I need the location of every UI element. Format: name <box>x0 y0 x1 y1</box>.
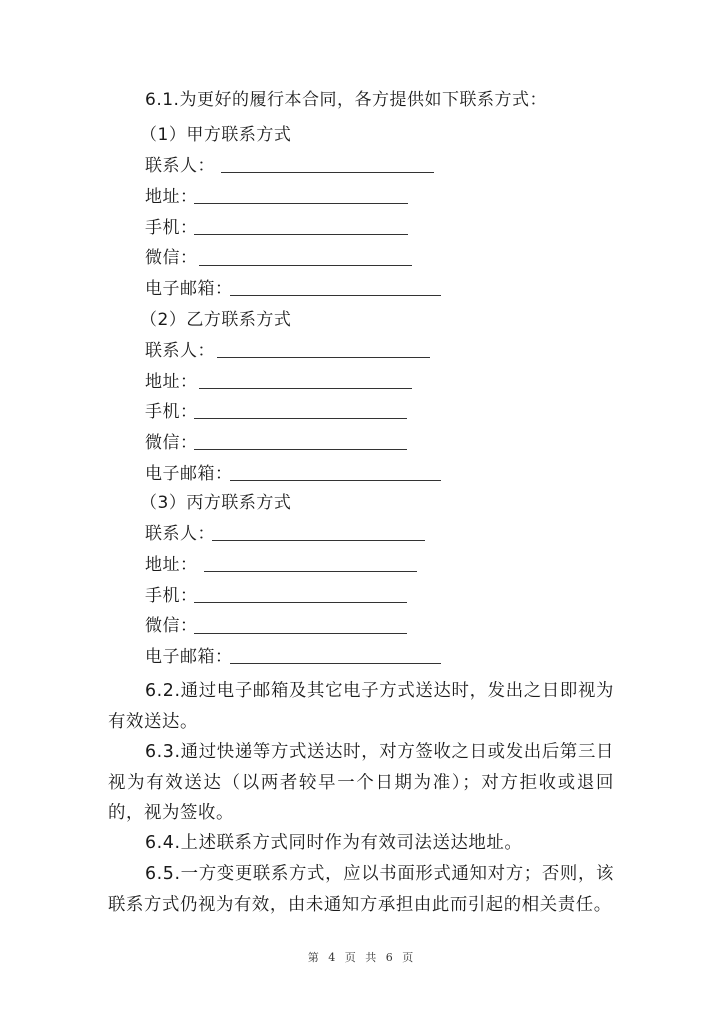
party-1-wechat-blank[interactable] <box>199 265 412 266</box>
field-label: 手机： <box>145 216 198 240</box>
clause-6-5: 6.5.一方变更联系方式，应以书面形式通知对方；否则，该联系方式仍视为有效，由未… <box>108 859 614 920</box>
party-2-heading: （2）乙方联系方式 <box>140 308 291 332</box>
field-label: 电子邮箱： <box>145 277 233 301</box>
field-label: 微信： <box>145 431 198 455</box>
party-1-wechat-field: 微信： <box>145 246 198 270</box>
party-1-email-blank[interactable] <box>230 295 441 296</box>
party-2-wechat-blank[interactable] <box>194 449 407 450</box>
party-3-address-blank[interactable] <box>204 571 417 572</box>
party-1-address-blank[interactable] <box>194 203 408 204</box>
party-3-contact-blank[interactable] <box>212 540 425 541</box>
party-3-wechat-field: 微信： <box>145 614 198 638</box>
clause-6-2: 6.2.通过电子邮箱及其它电子方式送达时，发出之日即视为有效送达。 <box>108 676 614 737</box>
party-1-email-field: 电子邮箱： <box>145 277 233 301</box>
field-label: 联系人： <box>145 339 215 363</box>
field-label: 电子邮箱： <box>145 462 233 486</box>
party-2-wechat-field: 微信： <box>145 431 198 455</box>
party-2-email-field: 电子邮箱： <box>145 462 233 486</box>
party-2-contact-field: 联系人： <box>145 339 215 363</box>
document-page: 6.1.为更好的履行本合同，各方提供如下联系方式： （1）甲方联系方式 联系人：… <box>0 0 724 1024</box>
party-3-heading: （3）丙方联系方式 <box>140 491 291 515</box>
page-indicator: 第 4 页 共 6 页 <box>0 949 724 965</box>
party-3-phone-field: 手机： <box>145 584 198 608</box>
party-1-address-field: 地址： <box>145 185 198 209</box>
party-3-email-blank[interactable] <box>230 663 441 664</box>
party-2-email-blank[interactable] <box>230 480 441 481</box>
field-label: 微信： <box>145 614 198 638</box>
field-label: 微信： <box>145 246 198 270</box>
field-label: 地址： <box>145 185 198 209</box>
party-3-contact-field: 联系人： <box>145 522 215 546</box>
party-1-phone-blank[interactable] <box>194 234 408 235</box>
clause-6-1-intro: 6.1.为更好的履行本合同，各方提供如下联系方式： <box>145 88 547 112</box>
party-3-phone-blank[interactable] <box>194 602 407 603</box>
party-3-wechat-blank[interactable] <box>194 633 407 634</box>
party-3-email-field: 电子邮箱： <box>145 645 233 669</box>
party-1-phone-field: 手机： <box>145 216 198 240</box>
field-label: 联系人： <box>145 522 215 546</box>
party-1-heading: （1）甲方联系方式 <box>140 123 291 147</box>
party-1-contact-field: 联系人： <box>145 154 215 178</box>
party-3-address-field: 地址： <box>145 553 198 577</box>
party-2-phone-blank[interactable] <box>194 418 407 419</box>
party-1-contact-blank[interactable] <box>221 172 434 173</box>
party-2-address-blank[interactable] <box>199 388 412 389</box>
party-2-phone-field: 手机： <box>145 400 198 424</box>
field-label: 地址： <box>145 370 198 394</box>
clause-6-4: 6.4.上述联系方式同时作为有效司法送达地址。 <box>108 828 614 859</box>
field-label: 手机： <box>145 584 198 608</box>
field-label: 电子邮箱： <box>145 645 233 669</box>
party-2-contact-blank[interactable] <box>217 357 430 358</box>
party-2-address-field: 地址： <box>145 370 198 394</box>
field-label: 手机： <box>145 400 198 424</box>
field-label: 联系人： <box>145 154 215 178</box>
field-label: 地址： <box>145 553 198 577</box>
clause-6-3: 6.3.通过快递等方式送达时，对方签收之日或发出后第三日视为有效送达（以两者较早… <box>108 737 614 829</box>
